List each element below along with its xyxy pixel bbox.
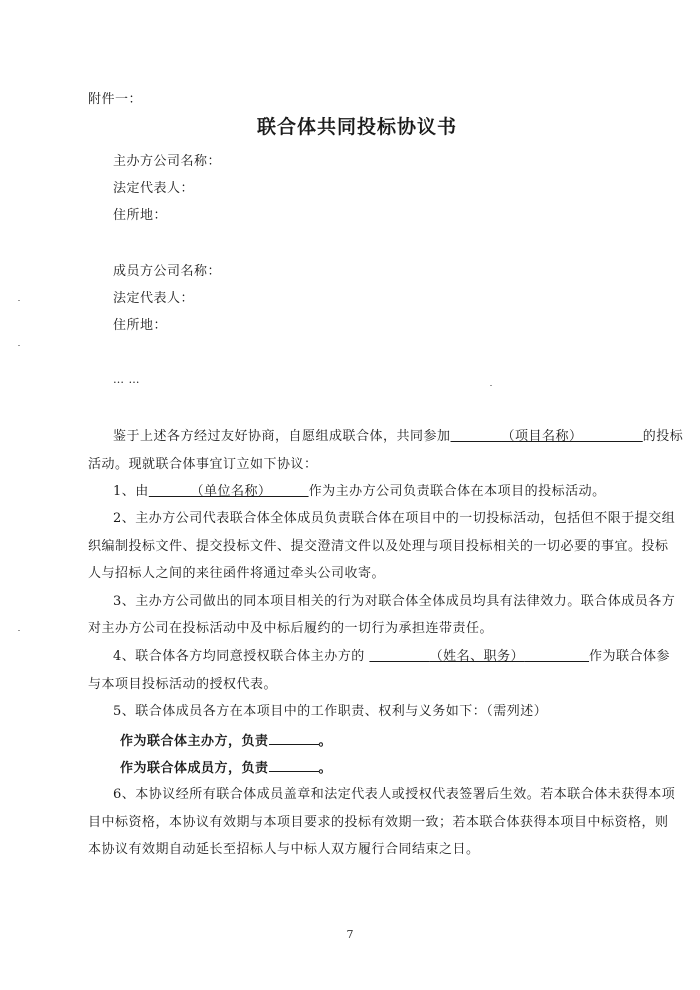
page-number: 7 [0, 928, 700, 941]
clause-3-line-1: 3、主办方公司做出的同本项目相关的行为对联合体全体成员均具有法律效力。联合体成员… [113, 594, 675, 610]
clause-1: 1、由 （单位名称） 作为主办方公司负责联合体在本项目的投标活动。 [113, 484, 606, 500]
lead-duty-blank[interactable] [269, 732, 319, 745]
name-title-blank[interactable]: （姓名、职务） [369, 649, 589, 664]
member-company-name-label: 成员方公司名称： [113, 264, 221, 280]
clause-1-suffix: 作为主办方公司负责联合体在本项目的投标活动。 [309, 484, 606, 499]
scan-speck [18, 345, 20, 346]
member-duty-line: 作为联合体成员方，负责。 [120, 759, 332, 777]
clause-4-line-2: 与本项目投标活动的授权代表。 [88, 677, 277, 693]
lead-duty-period: 。 [319, 734, 333, 749]
member-address-label: 住所地： [113, 318, 167, 334]
clause-4-prefix: 4、联合体各方均同意授权联合体主办方的 [113, 649, 365, 664]
lead-duty-text: 作为联合体主办方，负责 [120, 734, 269, 749]
clause-4-line-1: 4、联合体各方均同意授权联合体主办方的 （姓名、职务） 作为联合体参 [113, 649, 670, 665]
scan-speck [490, 385, 492, 386]
clause-1-prefix: 1、由 [113, 484, 149, 499]
page-title: 联合体共同投标协议书 [0, 112, 700, 139]
clause-3-line-2: 对主办方公司在投标活动中及中标后履约的一切行为承担连带责任。 [88, 621, 493, 637]
name-title-placeholder: （姓名、职务） [430, 649, 525, 664]
clause-2-line-2: 织编制投标文件、提交投标文件、提交澄清文件以及处理与项目投标相关的一切必要的事宜… [88, 539, 669, 555]
intro-text-before: 鉴于上述各方经过友好协商，自愿组成联合体，共同参加 [113, 429, 451, 444]
attachment-label: 附件一： [88, 92, 142, 108]
unit-name-blank[interactable]: （单位名称） [149, 484, 309, 499]
project-name-blank[interactable]: （项目名称） [451, 429, 643, 444]
clause-2-line-3: 人与招标人之间的来往函件将通过牵头公司收寄。 [88, 566, 385, 582]
lead-address-label: 住所地： [113, 208, 167, 224]
intro-line-2: 活动。现就联合体事宜订立如下协议： [88, 457, 318, 473]
lead-legal-rep-label: 法定代表人： [113, 181, 194, 197]
clause-4-suffix: 作为联合体参 [589, 649, 670, 664]
member-duty-period: 。 [319, 761, 333, 776]
scan-speck [18, 300, 20, 301]
member-duty-blank[interactable] [269, 759, 319, 772]
lead-duty-line: 作为联合体主办方，负责。 [120, 732, 332, 750]
unit-name-placeholder: （单位名称） [190, 484, 271, 499]
scan-speck [18, 630, 20, 631]
clause-6-line-3: 本协议有效期自动延长至招标人与中标人双方履行合同结束之日。 [88, 842, 480, 858]
ellipsis: … … [113, 372, 140, 388]
project-name-placeholder: （项目名称） [501, 429, 582, 444]
intro-text-after: 的投标 [643, 429, 684, 444]
clause-2-line-1: 2、主办方公司代表联合体全体成员负责联合体在项目中的一切投标活动，包括但不限于提… [113, 511, 675, 527]
document-page: 附件一： 联合体共同投标协议书 主办方公司名称： 法定代表人： 住所地： 成员方… [0, 0, 700, 990]
member-legal-rep-label: 法定代表人： [113, 291, 194, 307]
member-duty-text: 作为联合体成员方，负责 [120, 761, 269, 776]
lead-company-name-label: 主办方公司名称： [113, 154, 221, 170]
intro-line-1: 鉴于上述各方经过友好协商，自愿组成联合体，共同参加 （项目名称） 的投标 [113, 429, 683, 445]
clause-6-line-1: 6、本协议经所有联合体成员盖章和法定代表人或授权代表签署后生效。若本联合体未获得… [113, 787, 675, 803]
clause-5-line-1: 5、联合体成员各方在本项目中的工作职责、权利与义务如下：（需列述） [113, 704, 547, 720]
clause-6-line-2: 目中标资格，本协议有效期与本项目要求的投标有效期一致；若本联合体获得本项目中标资… [88, 815, 669, 831]
